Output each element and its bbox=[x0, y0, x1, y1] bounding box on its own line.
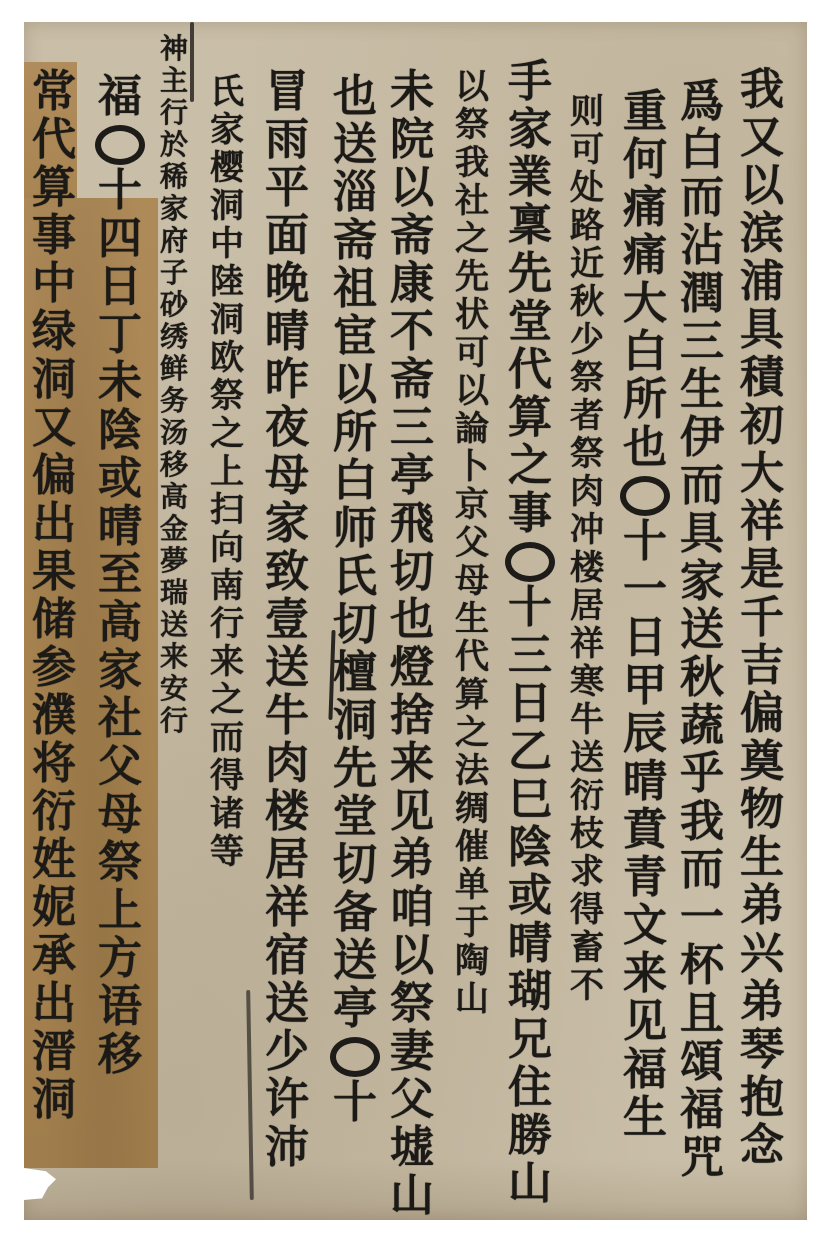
text-column-7: 未 院 以 斋 康 不 斋 三 亭 飛 切 也 燈 捨 来 见 弟 咱 以 祭 … bbox=[390, 70, 434, 1222]
glyph: 算 bbox=[508, 396, 552, 444]
glyph: 宦 bbox=[333, 315, 377, 363]
glyph: 则 bbox=[570, 95, 604, 133]
glyph: 送 bbox=[333, 939, 377, 987]
glyph: 濮 bbox=[32, 694, 76, 742]
glyph: 出 bbox=[32, 982, 76, 1030]
glyph: 陸 bbox=[210, 265, 244, 303]
glyph: 陰 bbox=[508, 826, 552, 874]
glyph: 於 bbox=[160, 131, 188, 163]
glyph: 送 bbox=[570, 741, 604, 779]
glyph: 祭 bbox=[455, 108, 489, 146]
glyph: 少 bbox=[570, 323, 604, 361]
text-column-8: 也 送 淄 斋 祖 宦 以 所 白 师 氏 切 檀 洞 先 堂 切 备 送 亭 … bbox=[330, 75, 380, 1129]
glyph: 手 bbox=[508, 60, 552, 108]
glyph: 父 bbox=[390, 1078, 434, 1126]
glyph: 冒 bbox=[265, 70, 309, 118]
glyph: 弟 bbox=[740, 980, 784, 1028]
glyph: 母 bbox=[98, 793, 142, 841]
glyph: 物 bbox=[740, 788, 784, 836]
glyph: 祭 bbox=[390, 982, 434, 1030]
glyph: 也 bbox=[623, 426, 667, 474]
glyph: 亭 bbox=[390, 454, 434, 502]
glyph: 送 bbox=[265, 982, 309, 1030]
glyph: 母 bbox=[265, 454, 309, 502]
glyph: 以 bbox=[740, 164, 784, 212]
glyph: 参 bbox=[32, 646, 76, 694]
glyph: 可 bbox=[455, 336, 489, 374]
glyph: 砂 bbox=[160, 291, 188, 323]
glyph: 蔬 bbox=[680, 704, 724, 752]
glyph: 生 bbox=[680, 368, 724, 416]
glyph: 绸 bbox=[455, 792, 489, 830]
glyph: 雨 bbox=[265, 118, 309, 166]
glyph: 送 bbox=[680, 608, 724, 656]
glyph: 溍 bbox=[32, 1030, 76, 1078]
glyph: 白 bbox=[680, 128, 724, 176]
glyph: 父 bbox=[455, 526, 489, 564]
text-column-11: 神 主 行 於 稀 家 府 子 砂 绣 鲜 务 汤 移 高 金 夢 瑞 送 来 … bbox=[160, 35, 188, 739]
glyph: 代 bbox=[455, 640, 489, 678]
glyph: 氏 bbox=[210, 75, 244, 113]
glyph: 家 bbox=[265, 502, 309, 550]
glyph: 代 bbox=[508, 348, 552, 396]
glyph: 祭 bbox=[210, 379, 244, 417]
glyph: 丁 bbox=[98, 313, 142, 361]
circle-mark-icon bbox=[620, 476, 670, 516]
glyph: 斋 bbox=[390, 214, 434, 262]
glyph: 师 bbox=[333, 507, 377, 555]
glyph: 白 bbox=[333, 459, 377, 507]
glyph: 常 bbox=[32, 70, 76, 118]
glyph: 墟 bbox=[390, 1126, 434, 1174]
glyph: 生 bbox=[740, 836, 784, 884]
ink-stroke bbox=[190, 22, 194, 102]
glyph: 代 bbox=[32, 118, 76, 166]
glyph: 氏 bbox=[333, 555, 377, 603]
glyph: 祖 bbox=[333, 267, 377, 315]
glyph: 语 bbox=[98, 985, 142, 1033]
circle-mark-icon bbox=[330, 1037, 380, 1077]
glyph: 事 bbox=[32, 214, 76, 262]
glyph: 以 bbox=[455, 70, 489, 108]
glyph: 不 bbox=[570, 969, 604, 1007]
glyph: 祭 bbox=[98, 841, 142, 889]
glyph: 催 bbox=[455, 830, 489, 868]
glyph: 檀 bbox=[333, 651, 377, 699]
glyph: 祭 bbox=[570, 361, 604, 399]
glyph: 痛 bbox=[623, 186, 667, 234]
glyph: 洞 bbox=[210, 303, 244, 341]
glyph: 康 bbox=[390, 262, 434, 310]
glyph: 沛 bbox=[265, 1126, 309, 1174]
glyph: 之 bbox=[508, 444, 552, 492]
glyph: 晴 bbox=[508, 922, 552, 970]
glyph: 一 bbox=[680, 896, 724, 944]
glyph: 晴 bbox=[265, 310, 309, 358]
glyph: 具 bbox=[680, 512, 724, 560]
glyph: 高 bbox=[160, 483, 188, 515]
glyph: 三 bbox=[680, 320, 724, 368]
glyph: 十 bbox=[623, 520, 667, 568]
glyph: 果 bbox=[32, 550, 76, 598]
glyph: 寒 bbox=[570, 665, 604, 703]
glyph: 之 bbox=[455, 716, 489, 754]
glyph: 法 bbox=[455, 754, 489, 792]
glyph: 山 bbox=[455, 982, 489, 1020]
glyph: 方 bbox=[98, 937, 142, 985]
glyph: 单 bbox=[455, 868, 489, 906]
glyph: 青 bbox=[623, 856, 667, 904]
glyph: 飛 bbox=[390, 502, 434, 550]
glyph: 家 bbox=[680, 560, 724, 608]
glyph: 绿 bbox=[32, 310, 76, 358]
glyph: 以 bbox=[333, 363, 377, 411]
glyph: 論 bbox=[455, 412, 489, 450]
glyph: 巳 bbox=[508, 778, 552, 826]
glyph: 祥 bbox=[570, 627, 604, 665]
glyph: 或 bbox=[98, 457, 142, 505]
glyph: 者 bbox=[570, 399, 604, 437]
glyph: 中 bbox=[32, 262, 76, 310]
glyph: 之 bbox=[210, 683, 244, 721]
glyph: 路 bbox=[570, 209, 604, 247]
glyph: 状 bbox=[455, 298, 489, 336]
glyph: 洞 bbox=[32, 1078, 76, 1126]
glyph: 居 bbox=[265, 838, 309, 886]
text-column-6: 以 祭 我 社 之 先 状 可 以 論 卜 京 父 母 生 代 算 之 法 绸 … bbox=[455, 70, 489, 1020]
glyph: 賁 bbox=[623, 808, 667, 856]
glyph: 咒 bbox=[680, 1136, 724, 1184]
glyph: 日 bbox=[623, 616, 667, 664]
glyph: 居 bbox=[570, 589, 604, 627]
glyph: 将 bbox=[32, 742, 76, 790]
glyph: 又 bbox=[740, 116, 784, 164]
glyph: 爲 bbox=[680, 80, 724, 128]
glyph: 初 bbox=[740, 404, 784, 452]
glyph: 来 bbox=[210, 645, 244, 683]
glyph: 文 bbox=[623, 904, 667, 952]
glyph: 送 bbox=[160, 611, 188, 643]
glyph: 痛 bbox=[623, 234, 667, 282]
glyph: 高 bbox=[98, 601, 142, 649]
glyph: 切 bbox=[333, 843, 377, 891]
glyph: 辰 bbox=[623, 712, 667, 760]
glyph: 绣 bbox=[160, 323, 188, 355]
glyph: 我 bbox=[680, 800, 724, 848]
glyph: 移 bbox=[98, 1033, 142, 1081]
glyph: 切 bbox=[390, 550, 434, 598]
glyph: 杯 bbox=[680, 944, 724, 992]
glyph: 鲜 bbox=[160, 355, 188, 387]
glyph: 送 bbox=[333, 123, 377, 171]
glyph: 燈 bbox=[390, 646, 434, 694]
text-column-1: 我 又 以 滨 浦 具 積 初 大 祥 是 千 吉 偏 奠 物 生 弟 兴 弟 … bbox=[740, 68, 784, 1172]
glyph: 于 bbox=[455, 906, 489, 944]
glyph: 切 bbox=[333, 603, 377, 651]
glyph: 生 bbox=[623, 1096, 667, 1144]
glyph: 陶 bbox=[455, 944, 489, 982]
glyph: 母 bbox=[455, 564, 489, 602]
glyph: 浦 bbox=[740, 260, 784, 308]
glyph: 府 bbox=[160, 227, 188, 259]
circle-mark-icon bbox=[95, 125, 145, 165]
glyph: 妻 bbox=[390, 1030, 434, 1078]
glyph: 求 bbox=[570, 855, 604, 893]
glyph: 生 bbox=[455, 602, 489, 640]
glyph: 宿 bbox=[265, 934, 309, 982]
glyph: 白 bbox=[623, 330, 667, 378]
glyph: 滨 bbox=[740, 212, 784, 260]
glyph: 堂 bbox=[333, 795, 377, 843]
glyph: 姓 bbox=[32, 838, 76, 886]
glyph: 事 bbox=[508, 492, 552, 540]
glyph: 吉 bbox=[740, 644, 784, 692]
glyph: 见 bbox=[623, 1000, 667, 1048]
glyph: 住 bbox=[508, 1066, 552, 1114]
glyph: 十 bbox=[333, 1081, 377, 1129]
glyph: 瑚 bbox=[508, 970, 552, 1018]
glyph: 面 bbox=[265, 214, 309, 262]
glyph: 衍 bbox=[570, 779, 604, 817]
glyph: 積 bbox=[740, 356, 784, 404]
glyph: 等 bbox=[210, 835, 244, 873]
glyph: 洞 bbox=[333, 699, 377, 747]
glyph: 之 bbox=[210, 417, 244, 455]
glyph: 稀 bbox=[160, 163, 188, 195]
glyph: 先 bbox=[508, 252, 552, 300]
glyph: 頌 bbox=[680, 1040, 724, 1088]
glyph: 以 bbox=[390, 934, 434, 982]
glyph: 也 bbox=[333, 75, 377, 123]
glyph: 向 bbox=[210, 531, 244, 569]
glyph: 弟 bbox=[740, 884, 784, 932]
text-column-4: 则 可 处 路 近 秋 少 祭 者 祭 肉 冲 楼 居 祥 寒 牛 送 衍 枝 … bbox=[570, 95, 604, 1007]
glyph: 十 bbox=[98, 169, 142, 217]
glyph: 祥 bbox=[740, 500, 784, 548]
glyph: 夜 bbox=[265, 406, 309, 454]
glyph: 务 bbox=[160, 387, 188, 419]
glyph: 且 bbox=[680, 992, 724, 1040]
glyph: 晴 bbox=[98, 505, 142, 553]
glyph: 许 bbox=[265, 1078, 309, 1126]
glyph: 奠 bbox=[740, 740, 784, 788]
glyph: 承 bbox=[32, 934, 76, 982]
glyph: 我 bbox=[455, 146, 489, 184]
glyph: 见 bbox=[390, 790, 434, 838]
glyph: 夢 bbox=[160, 547, 188, 579]
glyph: 安 bbox=[160, 675, 188, 707]
glyph: 秋 bbox=[570, 285, 604, 323]
glyph: 業 bbox=[508, 156, 552, 204]
glyph: 卜 bbox=[455, 450, 489, 488]
glyph: 行 bbox=[210, 607, 244, 645]
glyph: 三 bbox=[508, 634, 552, 682]
glyph: 中 bbox=[210, 227, 244, 265]
glyph: 何 bbox=[623, 138, 667, 186]
text-column-12: 福 十 四 日 丁 未 陰 或 晴 至 高 家 社 父 母 祭 上 方 语 移 bbox=[95, 75, 145, 1081]
glyph: 而 bbox=[680, 176, 724, 224]
glyph: 福 bbox=[623, 1048, 667, 1096]
glyph: 冲 bbox=[570, 513, 604, 551]
glyph: 汤 bbox=[160, 419, 188, 451]
glyph: 先 bbox=[333, 747, 377, 795]
text-column-3: 重 何 痛 痛 大 白 所 也 十 一 日 甲 辰 晴 賁 青 文 来 见 福 … bbox=[620, 90, 670, 1144]
glyph: 扫 bbox=[210, 493, 244, 531]
glyph: 肉 bbox=[570, 475, 604, 513]
glyph: 来 bbox=[623, 952, 667, 1000]
glyph: 斋 bbox=[390, 358, 434, 406]
glyph: 十 bbox=[508, 586, 552, 634]
glyph: 潤 bbox=[680, 272, 724, 320]
glyph: 上 bbox=[210, 455, 244, 493]
glyph: 抱 bbox=[740, 1076, 784, 1124]
glyph: 以 bbox=[455, 374, 489, 412]
glyph: 得 bbox=[570, 893, 604, 931]
glyph: 少 bbox=[265, 1030, 309, 1078]
circle-mark-icon bbox=[505, 542, 555, 582]
glyph: 行 bbox=[160, 707, 188, 739]
glyph: 楼 bbox=[265, 790, 309, 838]
glyph: 家 bbox=[508, 108, 552, 156]
glyph: 也 bbox=[390, 598, 434, 646]
glyph: 沾 bbox=[680, 224, 724, 272]
glyph: 先 bbox=[455, 260, 489, 298]
glyph: 甲 bbox=[623, 664, 667, 712]
glyph: 算 bbox=[455, 678, 489, 716]
glyph: 未 bbox=[98, 361, 142, 409]
glyph: 是 bbox=[740, 548, 784, 596]
glyph: 家 bbox=[98, 649, 142, 697]
glyph: 来 bbox=[390, 742, 434, 790]
glyph: 壹 bbox=[265, 598, 309, 646]
glyph: 得 bbox=[210, 759, 244, 797]
glyph: 而 bbox=[680, 464, 724, 512]
glyph: 我 bbox=[740, 68, 784, 116]
glyph: 移 bbox=[160, 451, 188, 483]
glyph: 家 bbox=[160, 195, 188, 227]
text-column-10: 氏 家 樱 洞 中 陸 洞 欧 祭 之 上 扫 向 南 行 来 之 而 得 诸 … bbox=[210, 75, 244, 873]
glyph: 日 bbox=[508, 682, 552, 730]
glyph: 社 bbox=[98, 697, 142, 745]
glyph: 南 bbox=[210, 569, 244, 607]
glyph: 妮 bbox=[32, 886, 76, 934]
glyph: 稟 bbox=[508, 204, 552, 252]
glyph: 社 bbox=[455, 184, 489, 222]
text-column-5: 手 家 業 稟 先 堂 代 算 之 事 十 三 日 乙 巳 陰 或 晴 瑚 兄 … bbox=[505, 60, 555, 1210]
glyph: 乙 bbox=[508, 730, 552, 778]
glyph: 四 bbox=[98, 217, 142, 265]
glyph: 衍 bbox=[32, 790, 76, 838]
glyph: 致 bbox=[265, 550, 309, 598]
glyph: 山 bbox=[390, 1174, 434, 1222]
glyph: 行 bbox=[160, 99, 188, 131]
glyph: 樱 bbox=[210, 151, 244, 189]
glyph: 储 bbox=[32, 598, 76, 646]
glyph: 近 bbox=[570, 247, 604, 285]
glyph: 瑞 bbox=[160, 579, 188, 611]
glyph: 重 bbox=[623, 90, 667, 138]
glyph: 大 bbox=[623, 282, 667, 330]
text-column-2: 爲 白 而 沾 潤 三 生 伊 而 具 家 送 秋 蔬 乎 我 而 一 杯 且 … bbox=[680, 80, 724, 1184]
glyph: 处 bbox=[570, 171, 604, 209]
glyph: 福 bbox=[680, 1088, 724, 1136]
glyph: 陰 bbox=[98, 409, 142, 457]
glyph: 昨 bbox=[265, 358, 309, 406]
glyph: 备 bbox=[333, 891, 377, 939]
glyph: 而 bbox=[680, 848, 724, 896]
glyph: 勝 bbox=[508, 1114, 552, 1162]
glyph: 晴 bbox=[623, 760, 667, 808]
glyph: 所 bbox=[623, 378, 667, 426]
glyph: 亭 bbox=[333, 987, 377, 1035]
glyph: 诸 bbox=[210, 797, 244, 835]
glyph: 淄 bbox=[333, 171, 377, 219]
glyph: 具 bbox=[740, 308, 784, 356]
glyph: 平 bbox=[265, 166, 309, 214]
glyph: 洞 bbox=[32, 358, 76, 406]
glyph: 弟 bbox=[390, 838, 434, 886]
glyph: 牛 bbox=[265, 694, 309, 742]
glyph: 未 bbox=[390, 70, 434, 118]
glyph: 金 bbox=[160, 515, 188, 547]
glyph: 堂 bbox=[508, 300, 552, 348]
glyph: 欧 bbox=[210, 341, 244, 379]
glyph: 牛 bbox=[570, 703, 604, 741]
glyph: 乎 bbox=[680, 752, 724, 800]
glyph: 畜 bbox=[570, 931, 604, 969]
glyph: 京 bbox=[455, 488, 489, 526]
glyph: 大 bbox=[740, 452, 784, 500]
glyph: 上 bbox=[98, 889, 142, 937]
glyph: 楼 bbox=[570, 551, 604, 589]
glyph: 晚 bbox=[265, 262, 309, 310]
glyph: 又 bbox=[32, 406, 76, 454]
glyph: 兄 bbox=[508, 1018, 552, 1066]
glyph: 咱 bbox=[390, 886, 434, 934]
glyph: 家 bbox=[210, 113, 244, 151]
glyph: 山 bbox=[508, 1162, 552, 1210]
glyph: 伊 bbox=[680, 416, 724, 464]
glyph: 福 bbox=[98, 75, 142, 123]
glyph: 偏 bbox=[740, 692, 784, 740]
glyph: 琴 bbox=[740, 1028, 784, 1076]
glyph: 斋 bbox=[333, 219, 377, 267]
glyph: 而 bbox=[210, 721, 244, 759]
glyph: 子 bbox=[160, 259, 188, 291]
glyph: 出 bbox=[32, 502, 76, 550]
glyph: 神 bbox=[160, 35, 188, 67]
text-column-13: 常 代 算 事 中 绿 洞 又 偏 出 果 储 参 濮 将 衍 姓 妮 承 出 … bbox=[32, 70, 76, 1126]
glyph: 院 bbox=[390, 118, 434, 166]
glyph: 来 bbox=[160, 643, 188, 675]
glyph: 或 bbox=[508, 874, 552, 922]
glyph: 算 bbox=[32, 166, 76, 214]
glyph: 送 bbox=[265, 646, 309, 694]
glyph: 秋 bbox=[680, 656, 724, 704]
glyph: 以 bbox=[390, 166, 434, 214]
glyph: 一 bbox=[623, 568, 667, 616]
glyph: 兴 bbox=[740, 932, 784, 980]
glyph: 千 bbox=[740, 596, 784, 644]
glyph: 偏 bbox=[32, 454, 76, 502]
glyph: 捨 bbox=[390, 694, 434, 742]
glyph: 三 bbox=[390, 406, 434, 454]
glyph: 洞 bbox=[210, 189, 244, 227]
glyph: 父 bbox=[98, 745, 142, 793]
glyph: 至 bbox=[98, 553, 142, 601]
glyph: 所 bbox=[333, 411, 377, 459]
glyph: 枝 bbox=[570, 817, 604, 855]
